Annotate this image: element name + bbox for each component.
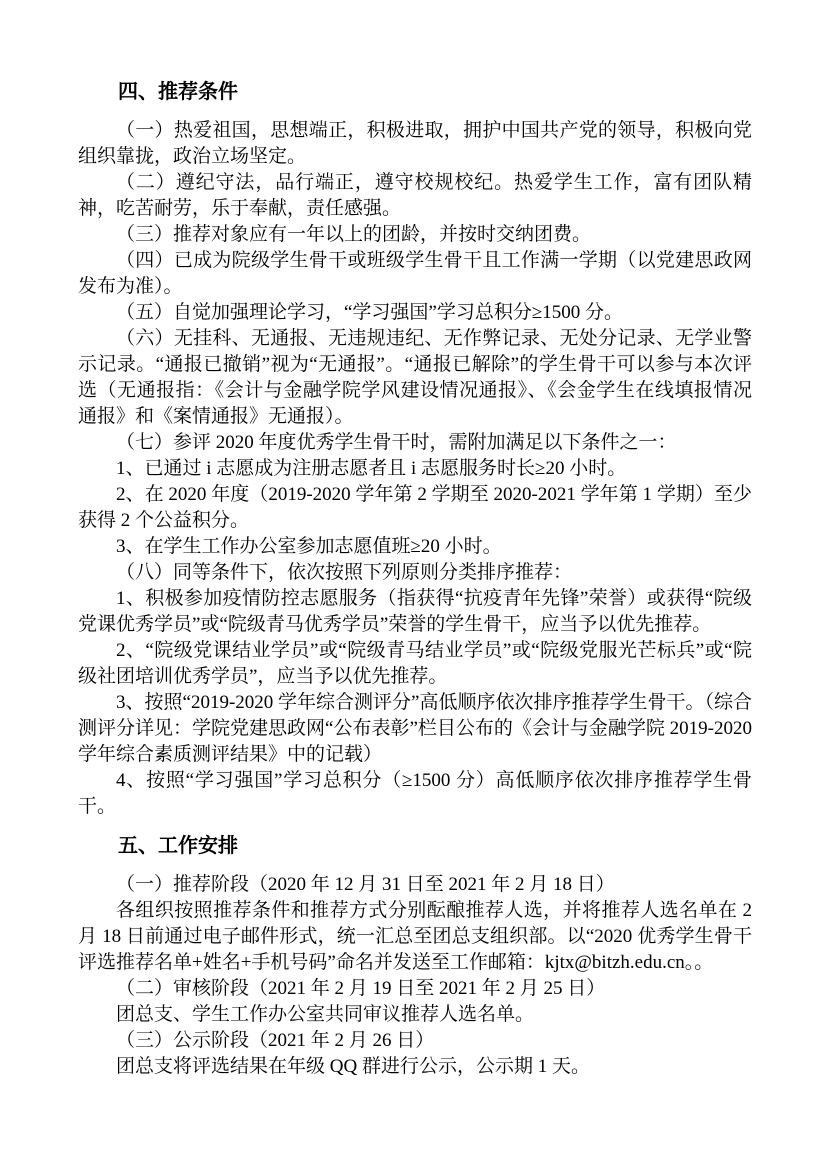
document-page: 四、推荐条件 （一）热爱祖国，思想端正，积极进取，拥护中国共产党的领导，积极向党… xyxy=(0,0,827,1169)
paragraph-condition-5: （五）自觉加强理论学习，“学习强国”学习总积分≥1500 分。 xyxy=(78,300,752,326)
paragraph-stage-recommendation: （一）推荐阶段（2020 年 12 月 31 日至 2021 年 2 月 18 … xyxy=(78,872,752,898)
paragraph-condition-3: （三）推荐对象应有一年以上的团龄，并按时交纳团费。 xyxy=(78,222,752,248)
paragraph-stage-review-detail: 团总支、学生工作办公室共同审议推荐人选名单。 xyxy=(78,1002,752,1028)
paragraph-condition-2: （二）遵纪守法，品行端正，遵守校规校纪。热爱学生工作，富有团队精神，吃苦耐劳，乐… xyxy=(78,170,752,222)
paragraph-condition-8-item-3: 3、按照“2019-2020 学年综合测评分”高低顺序依次排序推荐学生骨干。（综… xyxy=(78,690,752,768)
paragraph-condition-7-item-1: 1、已通过 i 志愿成为注册志愿者且 i 志愿服务时长≥20 小时。 xyxy=(78,456,752,482)
section-recommendation-conditions: 四、推荐条件 （一）热爱祖国，思想端正，积极进取，拥护中国共产党的领导，积极向党… xyxy=(78,80,752,820)
paragraph-stage-recommendation-detail: 各组织按照推荐条件和推荐方式分别酝酿推荐人选，并将推荐人选名单在 2 月 18 … xyxy=(78,898,752,976)
paragraph-condition-8: （八）同等条件下，依次按照下列原则分类排序推荐： xyxy=(78,560,752,586)
paragraph-condition-8-item-1: 1、积极参加疫情防控志愿服务（指获得“抗疫青年先锋”荣誉）或获得“院级党课优秀学… xyxy=(78,586,752,638)
paragraph-condition-7-item-3: 3、在学生工作办公室参加志愿值班≥20 小时。 xyxy=(78,534,752,560)
paragraph-stage-review: （二）审核阶段（2021 年 2 月 19 日至 2021 年 2 月 25 日… xyxy=(78,976,752,1002)
paragraph-condition-1: （一）热爱祖国，思想端正，积极进取，拥护中国共产党的领导，积极向党组织靠拢，政治… xyxy=(78,118,752,170)
section-work-arrangement: 五、工作安排 （一）推荐阶段（2020 年 12 月 31 日至 2021 年 … xyxy=(78,834,752,1080)
section-heading: 四、推荐条件 xyxy=(78,80,752,104)
paragraph-condition-7-item-2: 2、在 2020 年度（2019-2020 学年第 2 学期至 2020-202… xyxy=(78,482,752,534)
paragraph-condition-8-item-2: 2、“院级党课结业学员”或“院级青马结业学员”或“院级党服光芒标兵”或“院级社团… xyxy=(78,638,752,690)
paragraph-condition-6: （六）无挂科、无通报、无违规违纪、无作弊记录、无处分记录、无学业警示记录。“通报… xyxy=(78,326,752,430)
section-heading: 五、工作安排 xyxy=(78,834,752,858)
paragraph-condition-8-item-4: 4、按照“学习强国”学习总积分（≥1500 分）高低顺序依次排序推荐学生骨干。 xyxy=(78,768,752,820)
paragraph-stage-publicity: （三）公示阶段（2021 年 2 月 26 日） xyxy=(78,1028,752,1054)
paragraph-stage-publicity-detail: 团总支将评选结果在年级 QQ 群进行公示，公示期 1 天。 xyxy=(78,1054,752,1080)
paragraph-condition-4: （四）已成为院级学生骨干或班级学生骨干且工作满一学期（以党建思政网发布为准）。 xyxy=(78,248,752,300)
paragraph-condition-7: （七）参评 2020 年度优秀学生骨干时，需附加满足以下条件之一： xyxy=(78,430,752,456)
